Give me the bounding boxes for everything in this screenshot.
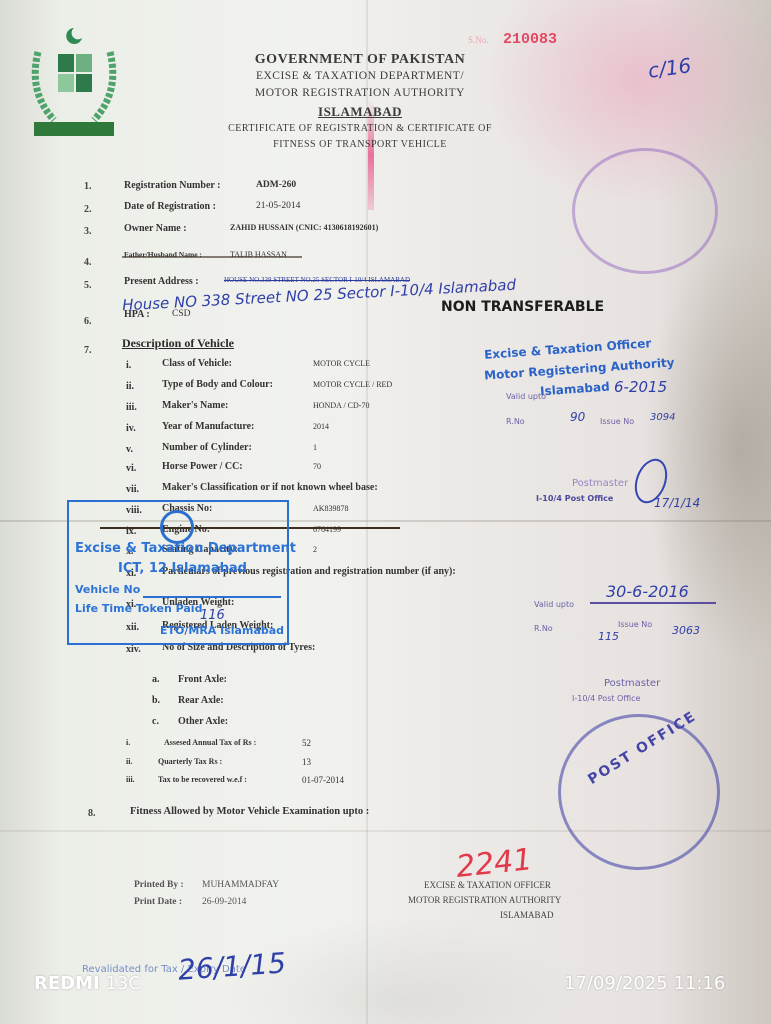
- tyre-letter: c.: [152, 716, 159, 727]
- stamp-city: ICT, 12 Islamabad: [118, 561, 247, 576]
- postmaster-1: Postmaster: [572, 478, 628, 489]
- field-num: 7.: [84, 345, 92, 356]
- strike-through: [122, 256, 302, 258]
- vehicle-field-label: Maker's Name:: [162, 400, 228, 411]
- registration-number-label: Registration Number :: [124, 180, 220, 191]
- vehicle-field-value: 2: [313, 545, 317, 554]
- watermark-brand: REDMI: [34, 973, 100, 994]
- item-roman: vii.: [126, 484, 139, 495]
- certificate-title-2: FITNESS OF TRANSPORT VEHICLE: [190, 139, 530, 150]
- header-department: EXCISE & TAXATION DEPARTMENT/: [190, 70, 530, 82]
- vehicle-field-label: Type of Body and Colour:: [162, 379, 273, 390]
- field-num: 4.: [84, 257, 92, 268]
- issue-value: 3094: [650, 412, 675, 423]
- tyre-label: Front Axle:: [178, 674, 227, 685]
- vehicle-field-value: 2014: [313, 422, 329, 431]
- tyre-letter: b.: [152, 695, 160, 706]
- tyre-letter: a.: [152, 674, 160, 685]
- rno-value: 90: [570, 410, 585, 424]
- valid-label-2: Valid upto: [534, 600, 574, 609]
- vehicle-field-value: AK839878: [313, 504, 349, 513]
- field-num: 8.: [88, 808, 96, 819]
- valid-value-2: 30-6-2016: [606, 582, 689, 601]
- item-roman: vi.: [126, 463, 136, 474]
- hpa-label: HPA :: [124, 309, 150, 320]
- tax-value: 52: [302, 738, 311, 748]
- vehicle-field-label: Number of Cylinder:: [162, 442, 252, 453]
- print-date-value: 26-09-2014: [202, 897, 246, 907]
- tax-label: Tax to be recovered w.e.f :: [158, 775, 247, 784]
- vehicle-field-label: Year of Manufacture:: [162, 421, 254, 432]
- header-authority: MOTOR REGISTRATION AUTHORITY: [190, 87, 530, 99]
- field-num: 2.: [84, 204, 92, 215]
- tax-roman: iii.: [126, 775, 135, 784]
- issue-label-2: Issue No: [618, 620, 652, 629]
- issue-value-2: 3063: [672, 624, 700, 637]
- vehicle-field-value: HONDA / CD-70: [313, 401, 369, 410]
- serial-number: 210083: [503, 31, 557, 48]
- description-title: Description of Vehicle: [122, 336, 234, 351]
- postmaster-2: Postmaster: [604, 678, 660, 689]
- stamp-emblem-icon: [160, 510, 194, 544]
- vehicle-field-value: 1: [313, 443, 317, 452]
- registration-date-value: 21-05-2014: [256, 201, 300, 211]
- header-city: ISLAMABAD: [190, 104, 530, 120]
- item-roman: v.: [126, 444, 133, 455]
- field-num: 5.: [84, 280, 92, 291]
- stamp-handwritten: 116: [200, 608, 225, 623]
- tax-value: 01-07-2014: [302, 775, 344, 785]
- round-stamp-top: [572, 148, 718, 274]
- watermark-timestamp: 17/09/2025 11:16: [564, 973, 725, 994]
- vehicle-field-label: Maker's Classification or if not known w…: [162, 482, 378, 493]
- stamp-token-paid: Life Time Token Paid: [75, 602, 202, 615]
- authority-line2: MOTOR REGISTRATION AUTHORITY: [408, 895, 561, 905]
- non-transferable-stamp: NON TRANSFERABLE: [441, 299, 604, 315]
- vehicle-field-value: MOTOR CYCLE: [313, 359, 370, 368]
- rno-value-2: 115: [598, 630, 619, 643]
- vehicle-field-label: Horse Power / CC:: [162, 461, 243, 472]
- pakistan-emblem-icon: [24, 22, 124, 140]
- stamp-line: [143, 596, 281, 598]
- print-date-label: Print Date :: [134, 897, 182, 907]
- field-num: 1.: [84, 181, 92, 192]
- rno-label: R.No: [506, 417, 525, 426]
- owner-name-label: Owner Name :: [124, 223, 187, 234]
- watermark-model: 13C: [105, 973, 140, 994]
- postmaster-1-date: 17/1/14: [654, 496, 700, 510]
- tax-label: Assesed Annual Tax of Rs :: [164, 738, 256, 747]
- item-roman: i.: [126, 360, 131, 371]
- tyre-label: Other Axle:: [178, 716, 228, 727]
- printed-by-value: MUHAMMADFAY: [202, 880, 279, 890]
- issue-label: Issue No: [600, 417, 634, 426]
- tax-roman: i.: [126, 738, 130, 747]
- stamp-eto: ETO/MRA Islamabad: [160, 624, 284, 637]
- certificate-title-1: CERTIFICATE OF REGISTRATION & CERTIFICAT…: [190, 123, 530, 134]
- item-roman: ii.: [126, 381, 134, 392]
- post-office-round-stamp: [558, 714, 720, 870]
- fitness-label: Fitness Allowed by Motor Vehicle Examina…: [130, 806, 369, 817]
- valid-value: 6-2015: [614, 378, 667, 396]
- stamp-vehicle-no: Vehicle No: [75, 583, 140, 596]
- authority-line3: ISLAMABAD: [500, 910, 554, 920]
- vehicle-field-value: MOTOR CYCLE / RED: [313, 380, 392, 389]
- stamp-dept: Excise & Taxation Department: [75, 541, 296, 556]
- hpa-value: CSD: [172, 309, 190, 319]
- address-label: Present Address :: [124, 276, 199, 287]
- valid-line: [590, 602, 716, 604]
- valid-label: Valid upto: [506, 392, 546, 401]
- field-num: 6.: [84, 316, 92, 327]
- field-num: 3.: [84, 226, 92, 237]
- header-government: GOVERNMENT OF PAKISTAN: [190, 52, 530, 68]
- printed-by-label: Printed By :: [134, 880, 184, 890]
- vehicle-field-label: Class of Vehicle:: [162, 358, 232, 369]
- tax-roman: ii.: [126, 757, 132, 766]
- serial-label: S.No.: [468, 35, 489, 45]
- tyre-label: Rear Axle:: [178, 695, 224, 706]
- registration-number-value: ADM-260: [256, 180, 296, 190]
- item-roman: xiv.: [126, 644, 141, 655]
- item-roman: iii.: [126, 402, 137, 413]
- rno-label-2: R.No: [534, 624, 553, 633]
- vehicle-field-value: 70: [313, 462, 321, 471]
- postmaster-1-office: I-10/4 Post Office: [536, 494, 613, 503]
- registration-date-label: Date of Registration :: [124, 201, 216, 212]
- owner-name-value: ZAHID HUSSAIN (CNIC: 4130618192601): [230, 223, 378, 232]
- postmaster-2-office: I-10/4 Post Office: [572, 694, 640, 703]
- item-roman: iv.: [126, 423, 136, 434]
- tax-value: 13: [302, 757, 311, 767]
- tax-label: Quarterly Tax Rs :: [158, 757, 222, 766]
